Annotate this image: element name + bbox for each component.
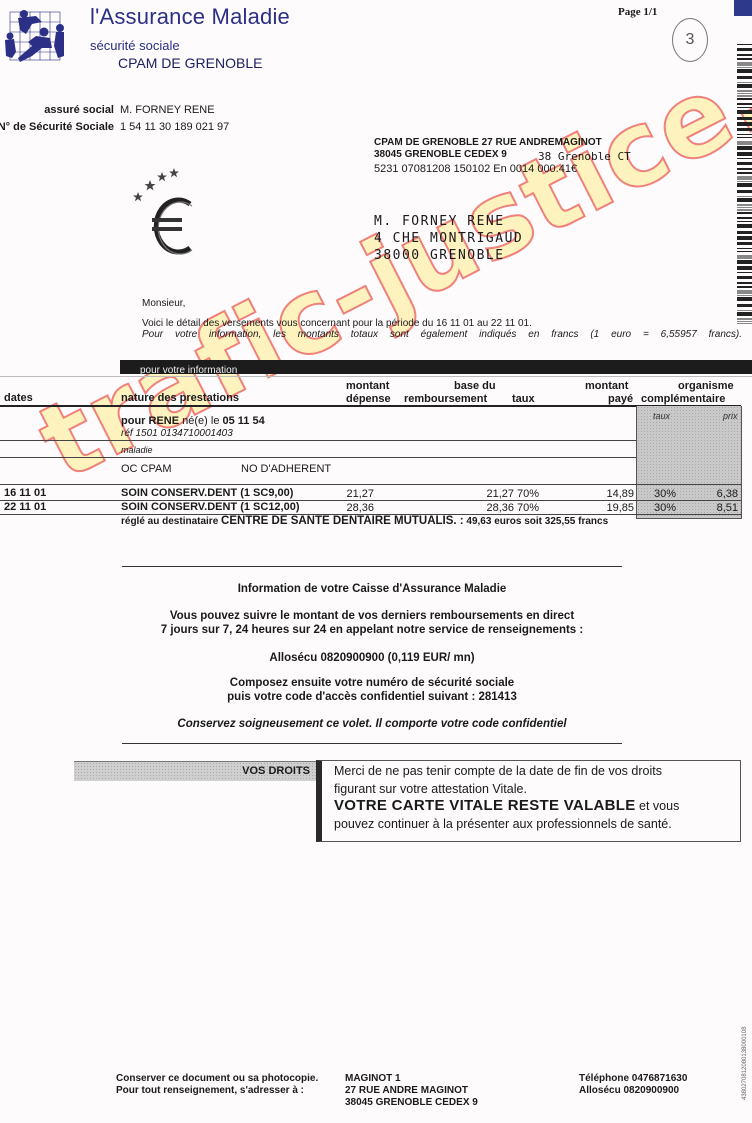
rights-line-4: pouvez continuer à la présenter aux prof… bbox=[334, 817, 672, 831]
divider bbox=[0, 376, 752, 377]
info-line-2: 7 jours sur 7, 24 heures sur 24 en appel… bbox=[122, 624, 622, 636]
info-note: Pour votre information, les montants tot… bbox=[142, 329, 742, 340]
info-line-4: puis votre code d'accès confidentiel sui… bbox=[122, 691, 622, 703]
sender-line-3: 5231 07081208 150102 En 0014 000.41€ bbox=[374, 163, 577, 175]
col-nature: nature des prestations bbox=[121, 392, 239, 405]
row-oc-taux: 30% bbox=[654, 488, 676, 500]
row-base: 21,27 bbox=[470, 488, 514, 500]
recipient-street: 4 CHE MONTRIGAUD bbox=[374, 231, 523, 246]
brand-subtitle: sécurité sociale bbox=[90, 38, 180, 53]
corner-mark bbox=[734, 0, 752, 16]
col-dates: dates bbox=[4, 392, 33, 405]
footer-mid-2: 27 RUE ANDRE MAGINOT bbox=[345, 1085, 478, 1097]
divider bbox=[122, 566, 622, 567]
row-depense: 28,36 bbox=[330, 502, 374, 514]
settlement-prefix: réglé au destinataire bbox=[121, 516, 218, 527]
beneficiary-name: RENE bbox=[149, 415, 180, 427]
beneficiary-line: pour RENE né(e) le 05 11 54 bbox=[121, 415, 265, 427]
category: maladie bbox=[121, 445, 153, 455]
row-rule bbox=[0, 457, 636, 458]
insured-label: assuré social bbox=[0, 104, 114, 116]
sender-line-2: 38045 GRENOBLE CEDEX 9 bbox=[374, 149, 507, 160]
rights-label-bar: VOS DROITS bbox=[74, 761, 318, 781]
rights-highlight: VOTRE CARTE VITALE RESTE VALABLE bbox=[334, 797, 636, 814]
rights-line-1: Merci de ne pas tenir compte de la date … bbox=[334, 764, 662, 778]
footer-left-2: Pour tout renseignement, s'adresser à : bbox=[116, 1085, 318, 1097]
rights-label: VOS DROITS bbox=[242, 765, 310, 777]
footer-mid-1: MAGINOT 1 bbox=[345, 1073, 478, 1085]
info-line-1: Vous pouvez suivre le montant de vos der… bbox=[122, 610, 622, 622]
barcode-icon bbox=[737, 44, 752, 324]
col-depense-1: montant bbox=[346, 380, 389, 393]
oc-taux-header: taux bbox=[653, 411, 670, 421]
oc-prix-header: prix bbox=[723, 411, 738, 421]
row-rule bbox=[0, 484, 741, 485]
info-title: Information de votre Caisse d'Assurance … bbox=[122, 583, 622, 595]
footer-allosecu: Allosécu 0820900900 bbox=[579, 1085, 687, 1097]
handwritten-mark: 3 bbox=[672, 18, 708, 62]
header-rule bbox=[0, 405, 741, 407]
row-oc-prix: 8,51 bbox=[694, 502, 738, 514]
row-taux: 70% bbox=[517, 488, 539, 500]
brand-office: CPAM DE GRENOBLE bbox=[118, 55, 262, 71]
oc-member: NO D'ADHERENT bbox=[241, 463, 331, 475]
beneficiary-born-label: né(e) le bbox=[182, 415, 219, 427]
footer-mid-3: 38045 GRENOBLE CEDEX 9 bbox=[345, 1097, 478, 1109]
rights-box: Merci de ne pas tenir compte de la date … bbox=[316, 760, 741, 842]
rights-line-2: figurant sur votre attestation Vitale. bbox=[334, 782, 527, 796]
info-phone: Allosécu 0820900900 (0,119 EUR/ mn) bbox=[122, 652, 622, 664]
col-base-1: base du bbox=[454, 380, 496, 393]
info-bar: pour votre information bbox=[120, 360, 752, 374]
brand-title: l'Assurance Maladie bbox=[90, 4, 290, 30]
info-line-3: Composez ensuite votre numéro de sécurit… bbox=[122, 677, 622, 689]
row-oc-prix: 6,38 bbox=[694, 488, 738, 500]
info-bar-label: pour votre information bbox=[140, 365, 237, 376]
page-number: Page 1/1 bbox=[618, 6, 657, 18]
col-paye-1: montant bbox=[585, 380, 628, 393]
recipient-name: M. FORNEY RENE bbox=[374, 214, 505, 229]
divider bbox=[122, 743, 622, 744]
rights-line-3: VOTRE CARTE VITALE RESTE VALABLE et vous bbox=[334, 797, 679, 814]
row-date: 16 11 01 bbox=[4, 487, 46, 499]
row-rule bbox=[0, 440, 636, 441]
beneficiary-ref: réf 1501 0134710001403 bbox=[121, 428, 233, 439]
row-paye: 14,89 bbox=[590, 488, 634, 500]
ss-number: 1 54 11 30 189 021 97 bbox=[120, 121, 229, 133]
postmark: 38 Grenoble CT bbox=[538, 150, 631, 163]
oc-name: OC CPAM bbox=[121, 463, 172, 475]
settlement-line: réglé au destinataire CENTRE DE SANTE DE… bbox=[121, 515, 608, 527]
row-depense: 21,27 bbox=[330, 488, 374, 500]
row-paye: 19,85 bbox=[590, 502, 634, 514]
beneficiary-prefix: pour bbox=[121, 415, 145, 427]
sender-line-1: CPAM DE GRENOBLE 27 RUE ANDREMAGINOT bbox=[374, 137, 602, 148]
side-code: 4380270812080138000108 bbox=[742, 950, 748, 1100]
info-note: Conservez soigneusement ce volet. Il com… bbox=[122, 718, 622, 730]
euro-icon bbox=[128, 168, 200, 258]
footer-phone: Téléphone 0476871630 bbox=[579, 1073, 687, 1085]
settlement-amount: 49,63 euros soit 325,55 francs bbox=[466, 516, 608, 527]
row-nature: SOIN CONSERV.DENT (1 SC12,00) bbox=[121, 501, 300, 513]
row-rule bbox=[0, 500, 741, 501]
intro-text: Voici le détail des versements vous conc… bbox=[142, 318, 532, 329]
row-base: 28,36 bbox=[470, 502, 514, 514]
salutation: Monsieur, bbox=[142, 298, 185, 309]
beneficiary-born: 05 11 54 bbox=[223, 415, 265, 427]
settlement-recipient: CENTRE DE SANTE DENTAIRE MUTUALIS. : bbox=[221, 515, 464, 527]
assurance-maladie-logo-icon bbox=[2, 6, 66, 62]
recipient-city: 38000 GRENOBLE bbox=[374, 248, 505, 263]
row-date: 22 11 01 bbox=[4, 501, 46, 513]
col-oc-1: organisme bbox=[678, 380, 734, 393]
rights-line-3-suffix: et vous bbox=[636, 799, 680, 813]
footer-left-1: Conserver ce document ou sa photocopie. bbox=[116, 1073, 318, 1085]
row-taux: 70% bbox=[517, 502, 539, 514]
ss-label: N° de Sécurité Sociale bbox=[0, 121, 114, 133]
insured-name: M. FORNEY RENE bbox=[120, 104, 215, 116]
footer-left: Conserver ce document ou sa photocopie. … bbox=[116, 1073, 318, 1097]
footer-contact: Téléphone 0476871630 Allosécu 0820900900 bbox=[579, 1073, 687, 1097]
row-nature: SOIN CONSERV.DENT (1 SC9,00) bbox=[121, 487, 293, 499]
row-oc-taux: 30% bbox=[654, 502, 676, 514]
footer-address: MAGINOT 1 27 RUE ANDRE MAGINOT 38045 GRE… bbox=[345, 1073, 478, 1109]
